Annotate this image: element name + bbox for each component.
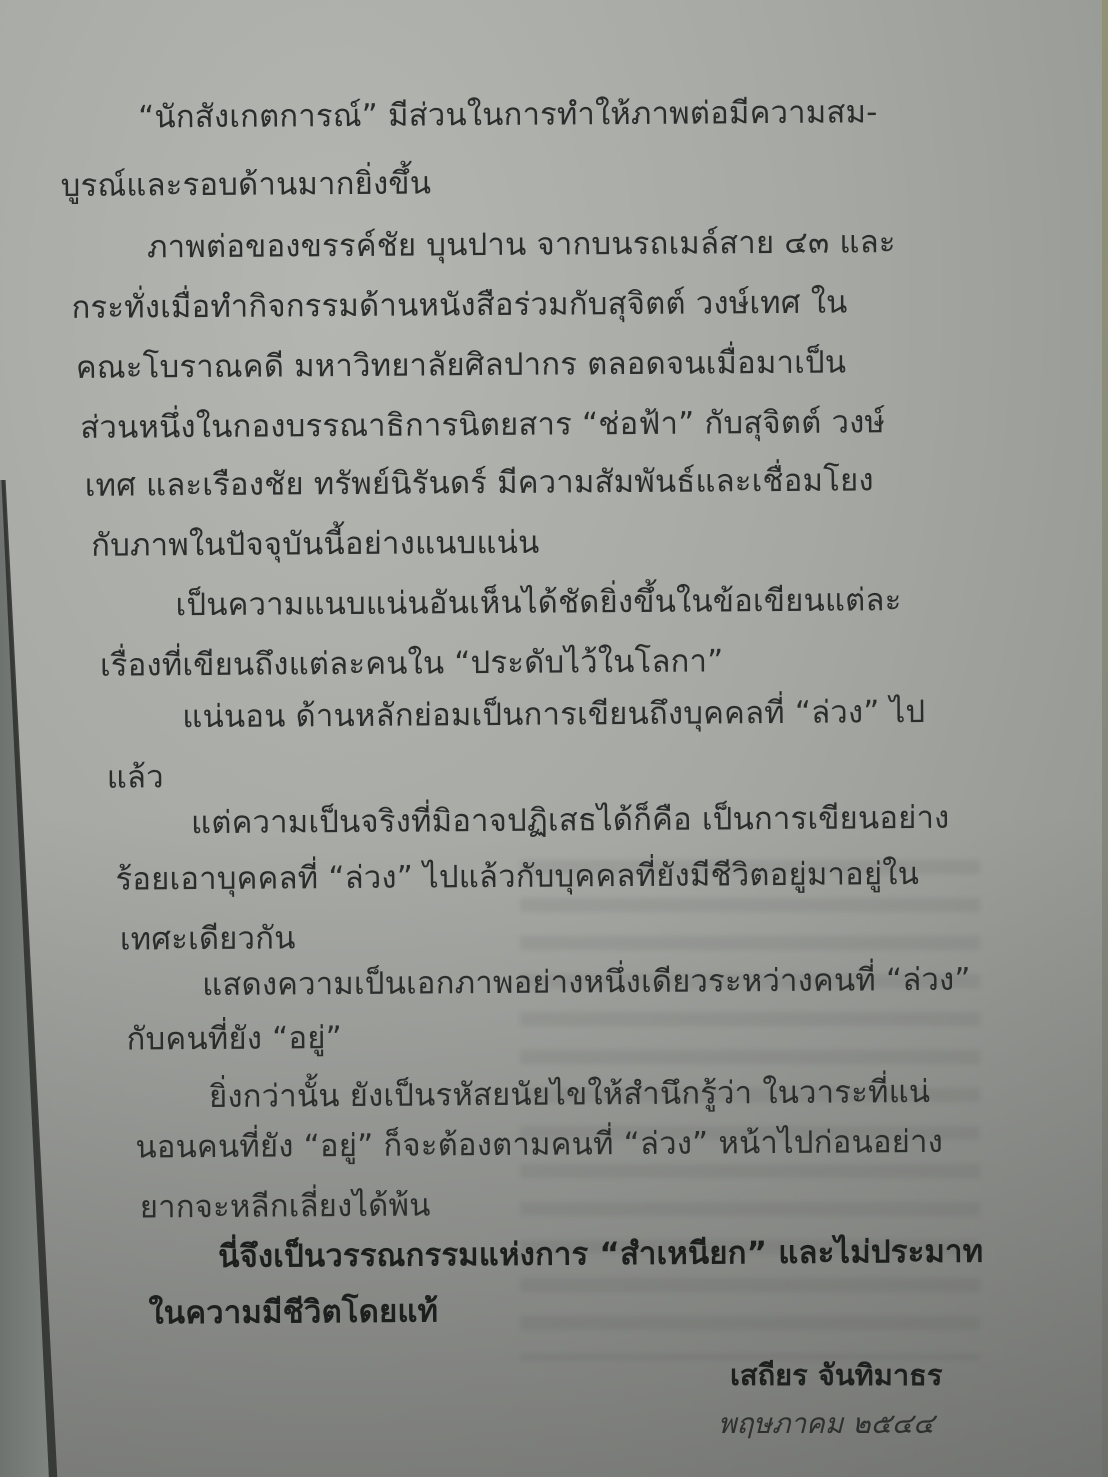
text-line: คณะโบราณคดี มหาวิทยาลัยศิลปากร ตลอดจนเมื… (76, 337, 847, 392)
text-line: ยากจะหลีกเลี่ยงได้พ้น (140, 1179, 431, 1231)
text-line: แสดงความเป็นเอกภาพอย่างหนึ่งเดียวระหว่าง… (202, 954, 971, 1009)
text-line: เทศะเดียวกัน (120, 912, 296, 963)
text-line: “นักสังเกตการณ์” มีส่วนในการทำให้ภาพต่อม… (138, 86, 878, 141)
text-line: กับภาพในปัจจุบันนี้อย่างแนบแน่น (91, 517, 540, 570)
body-text: “นักสังเกตการณ์” มีส่วนในการทำให้ภาพต่อม… (60, 86, 990, 92)
text-line: ภาพต่อของขรรค์ชัย บุนปาน จากบนรถเมล์สาย … (147, 216, 896, 271)
author-signature: เสถียร จันทิมาธร (730, 1352, 942, 1398)
text-line: ร้อยเอาบุคคลที่ “ล่วง” ไปแล้วกับบุคคลที่… (115, 848, 919, 904)
signature-date: พฤษภาคม ๒๕๔๔ (718, 1402, 934, 1446)
text-line: กับคนที่ยัง “อยู่” (126, 1012, 342, 1064)
text-line: เป็นความแนบแน่นอันเห็นได้ชัดยิ่งขึ้นในข้… (175, 574, 901, 629)
text-line: กระทั่งเมื่อทำกิจกรรมด้านหนังสือร่วมกับส… (71, 277, 847, 332)
right-edge-strip (1102, 0, 1108, 1477)
text-line: แล้ว (107, 751, 164, 801)
text-line: แต่ความเป็นจริงที่มิอาจปฏิเสธได้ก็คือ เป… (191, 792, 950, 847)
text-line: แน่นอน ด้านหลักย่อมเป็นการเขียนถึงบุคคลท… (182, 686, 925, 741)
text-line: นอนคนที่ยัง “อยู่” ก็จะต้องตามคนที่ “ล่ว… (135, 1116, 943, 1172)
text-line: ส่วนหนึ่งในกองบรรณาธิการนิตยสาร “ช่อฟ้า”… (80, 396, 885, 452)
closing-statement-line: นี่จึงเป็นวรรณกรรมแห่งการ “สำเหนียก” และ… (218, 1226, 984, 1281)
text-line: เรื่องที่เขียนถึงแต่ละคนใน “ประดับไว้ในโ… (100, 635, 724, 689)
text-line: ยิ่งกว่านั้น ยังเป็นรหัสยนัยไขให้สำนึกรู… (209, 1066, 931, 1121)
text-line: บูรณ์และรอบด้านมากยิ่งขึ้น (60, 157, 431, 210)
book-page: “นักสังเกตการณ์” มีส่วนในการทำให้ภาพต่อม… (0, 0, 1108, 1477)
closing-statement-line: ในความมีชีวิตโดยแท้ (148, 1285, 438, 1337)
text-line: เทศ และเรืองชัย ทรัพย์นิรันดร์ มีความสัม… (85, 454, 874, 510)
